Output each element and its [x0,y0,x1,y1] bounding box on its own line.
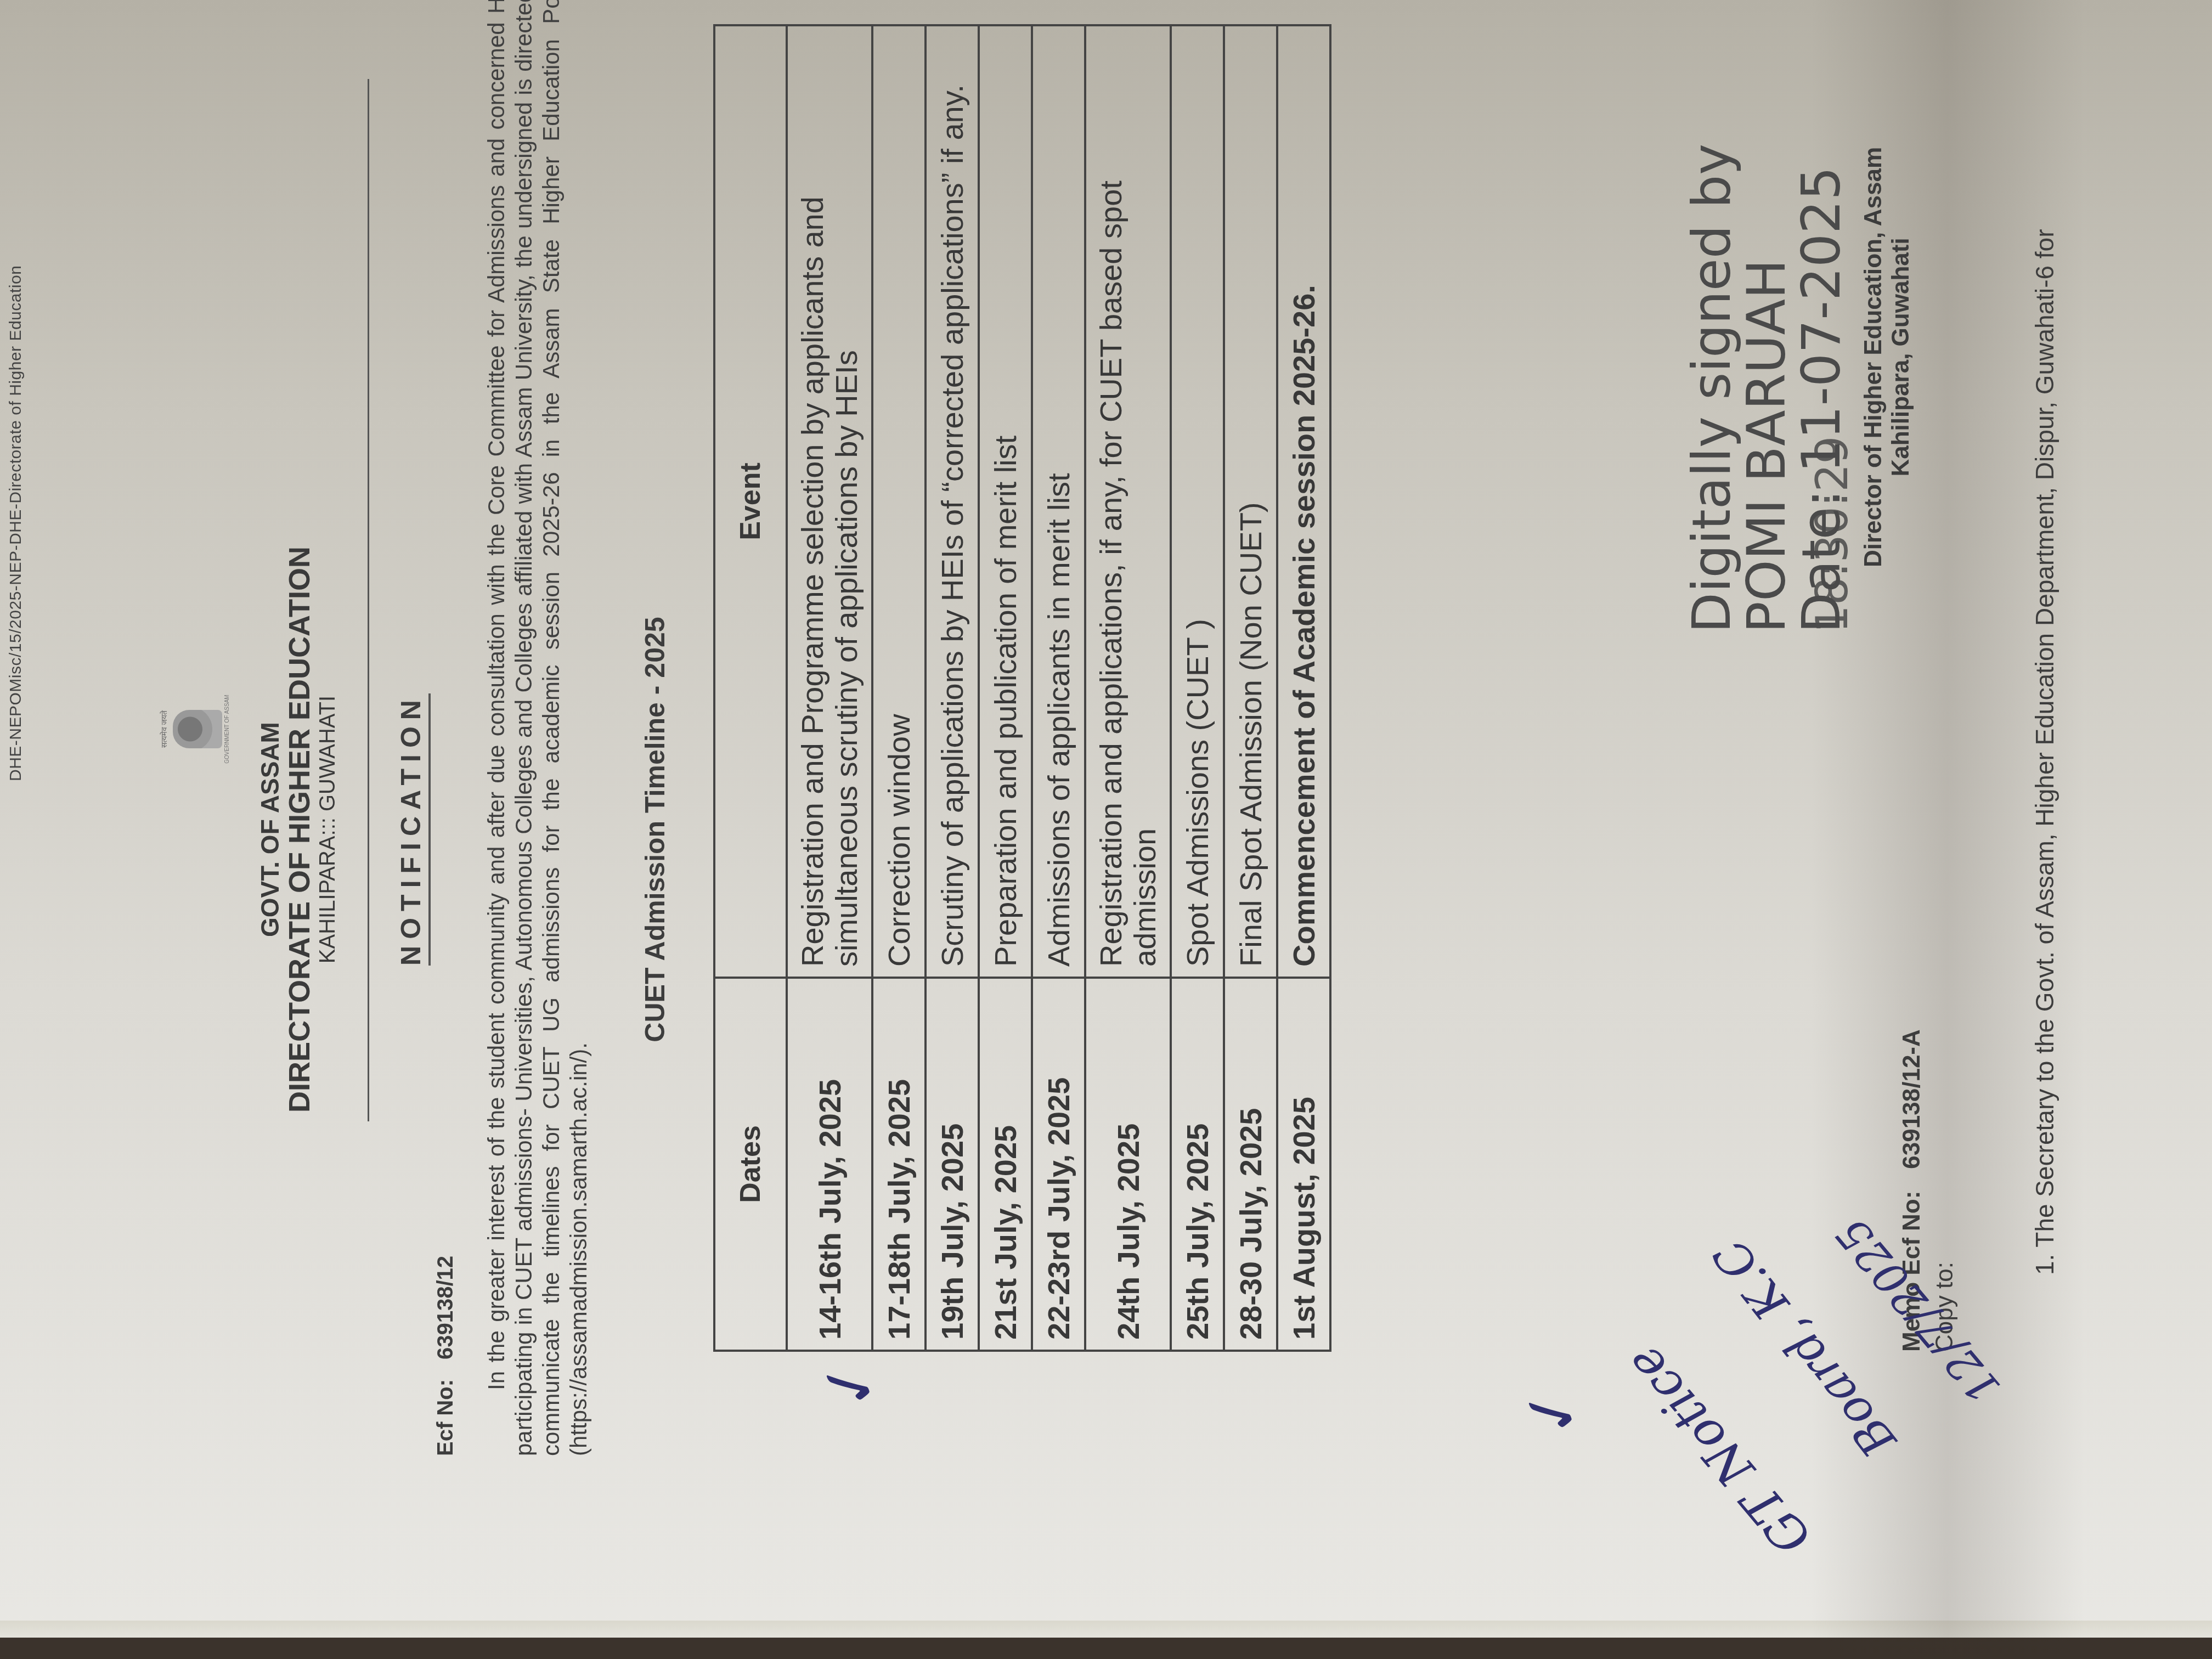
timeline-row: 25th July, 2025Spot Admissions (CUET ) [1171,25,1224,1351]
timeline-row: 1st August, 2025Commencement of Academic… [1277,25,1330,1351]
timeline-date: 14-16th July, 2025 [787,978,872,1351]
timeline-date: 25th July, 2025 [1171,978,1224,1351]
designation-line-1: Director of Higher Education, Assam [1860,147,1887,567]
column-header-dates: Dates [714,978,787,1351]
signatory-designation: Director of Higher Education, Assam Kahi… [1860,147,1915,567]
timeline-row: 22-23rd July, 2025Admissions of applican… [1032,25,1085,1351]
ecf-label: Ecf No: [433,1379,458,1456]
checkmark-icon: ✓ [805,1346,895,1424]
ecf-value: 639138/12 [433,1256,458,1359]
emblem-caption-top: सत्यमेव जयते [159,688,170,770]
timeline-row: 24th July, 2025Registration and applicat… [1085,25,1171,1351]
column-header-event: Event [714,25,787,978]
timeline-date: 17-18th July, 2025 [872,978,926,1351]
emblem-caption-bottom: GOVERNMENT OF ASSAM [224,688,230,770]
timeline-event: Correction window [872,25,926,978]
memo-value: 639138/12-A [1898,1029,1925,1169]
timeline-header-row: Dates Event [714,25,787,1351]
header-directorate: DIRECTORATE OF HIGHER EDUCATION [283,0,317,1659]
notification-title: NOTIFICATION [395,0,427,1659]
timeline-table: Dates Event 14-16th July, 2025Registrati… [713,24,1331,1352]
timeline-body: 14-16th July, 2025Registration and Progr… [787,25,1330,1351]
timeline-row: 14-16th July, 2025Registration and Progr… [787,25,872,1351]
ecf-number: Ecf No:639138/12 [433,1256,458,1456]
state-emblem-icon: सत्यमेव जयते GOVERNMENT OF ASSAM [159,688,247,770]
timeline-date: 21st July, 2025 [979,978,1032,1351]
timeline-row: 17-18th July, 2025Correction window [872,25,926,1351]
timeline-row: 19th July, 2025Scrutiny of applications … [926,25,979,1351]
timeline-event: Scrutiny of applications by HEIs of “cor… [926,25,979,978]
paper-sheet: DHE-NEPOMisc/15/2025-NEP-DHE-Directorate… [0,0,2212,1659]
file-reference: DHE-NEPOMisc/15/2025-NEP-DHE-Directorate… [7,266,25,781]
timeline-date: 28-30 July, 2025 [1224,978,1277,1351]
timeline-row: 21st July, 2025Preparation and publicati… [979,25,1032,1351]
document-photo: DHE-NEPOMisc/15/2025-NEP-DHE-Directorate… [0,0,2212,1659]
lion-capital-icon [173,710,222,748]
timeline-event: Final Spot Admission (Non CUET) [1224,25,1277,978]
timeline-title: CUET Admission Timeline - 2025 [639,0,671,1659]
signature-label: Digitally signed by [1684,144,1739,633]
header-govt: GOVT. OF ASSAM [255,0,285,1659]
copy-to-item: 1. The Secretary to the Govt. of Assam, … [2030,229,2059,1275]
timeline-row: 28-30 July, 2025Final Spot Admission (No… [1224,25,1277,1351]
signatory-name: POMI BARUAH [1739,144,1794,633]
timeline-event: Registration and Programme selection by … [787,25,872,978]
timeline-event: Spot Admissions (CUET ) [1171,25,1224,978]
digital-signature: Digitally signed by POMI BARUAH Date: 11… [1684,144,1854,633]
header-location: KAHILIPARA::: GUWAHATI [315,0,340,1659]
notification-body: In the greater interest of the student c… [483,0,592,1456]
timeline-date: 19th July, 2025 [926,978,979,1351]
timeline-event: Admissions of applicants in merit list [1032,25,1085,978]
signature-time: 18:30:29 [1810,144,1854,633]
timeline-date: 24th July, 2025 [1085,978,1171,1351]
timeline-event: Preparation and publication of merit lis… [979,25,1032,978]
notification-title-text: NOTIFICATION [396,693,431,966]
timeline-event: Registration and applications, if any, f… [1085,25,1171,978]
timeline-event: Commencement of Academic session 2025-26… [1277,25,1330,978]
header-divider [368,79,369,1121]
designation-line-2: Kahilipara, Guwahati [1887,147,1915,567]
checkmark-icon: ✓ [1507,1373,1598,1451]
timeline-date: 1st August, 2025 [1277,978,1330,1351]
timeline-date: 22-23rd July, 2025 [1032,978,1085,1351]
